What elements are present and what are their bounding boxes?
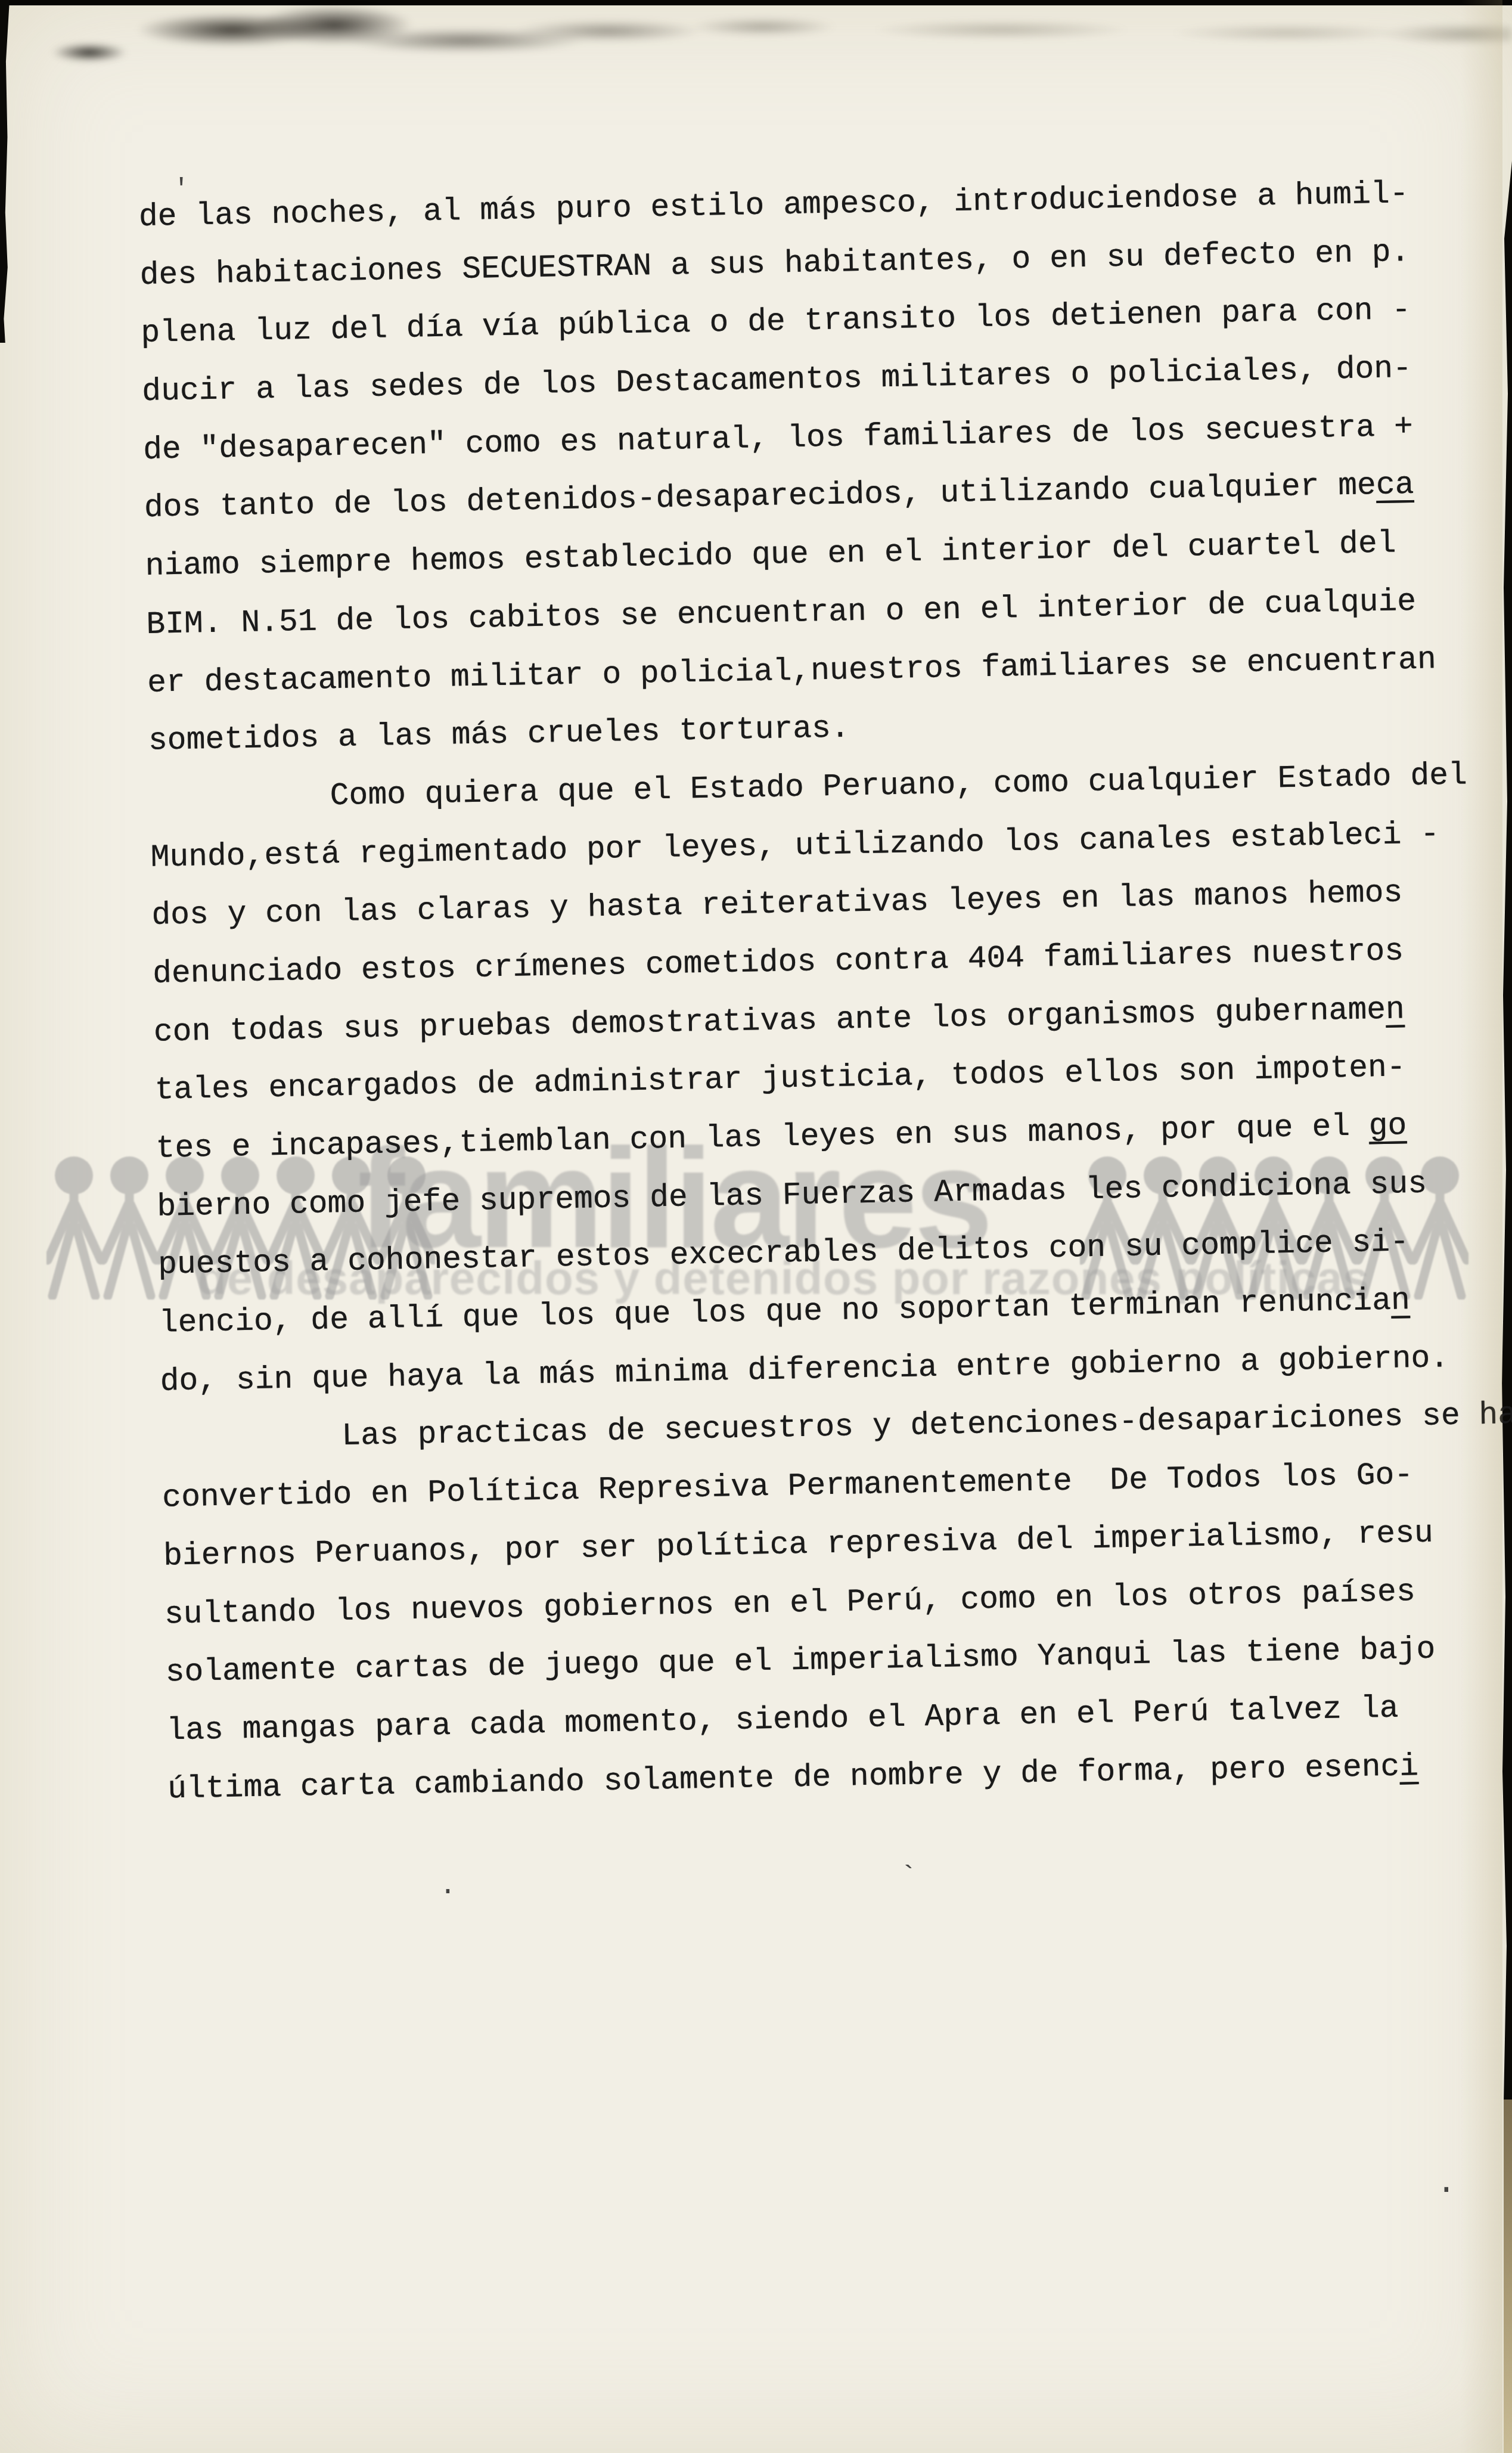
stray-ink-mark: .: [1436, 2166, 1457, 2200]
stray-ink-mark: .: [439, 1872, 457, 1900]
stray-ink-mark: `: [900, 1863, 917, 1892]
scan-edge-right-strip: [1500, 161, 1512, 2101]
scan-smudge-top-left: [0, 0, 894, 69]
stray-ink-mark: ': [173, 176, 189, 203]
scan-smudge-top-right: [834, 3, 1512, 54]
scanned-page: familiares de desaparecidos y detenidos …: [0, 0, 1512, 2453]
typewritten-text-block: de las noches, al más puro estilo ampesc…: [138, 165, 1479, 1819]
scan-edge-right-tan: [1504, 2100, 1512, 2453]
